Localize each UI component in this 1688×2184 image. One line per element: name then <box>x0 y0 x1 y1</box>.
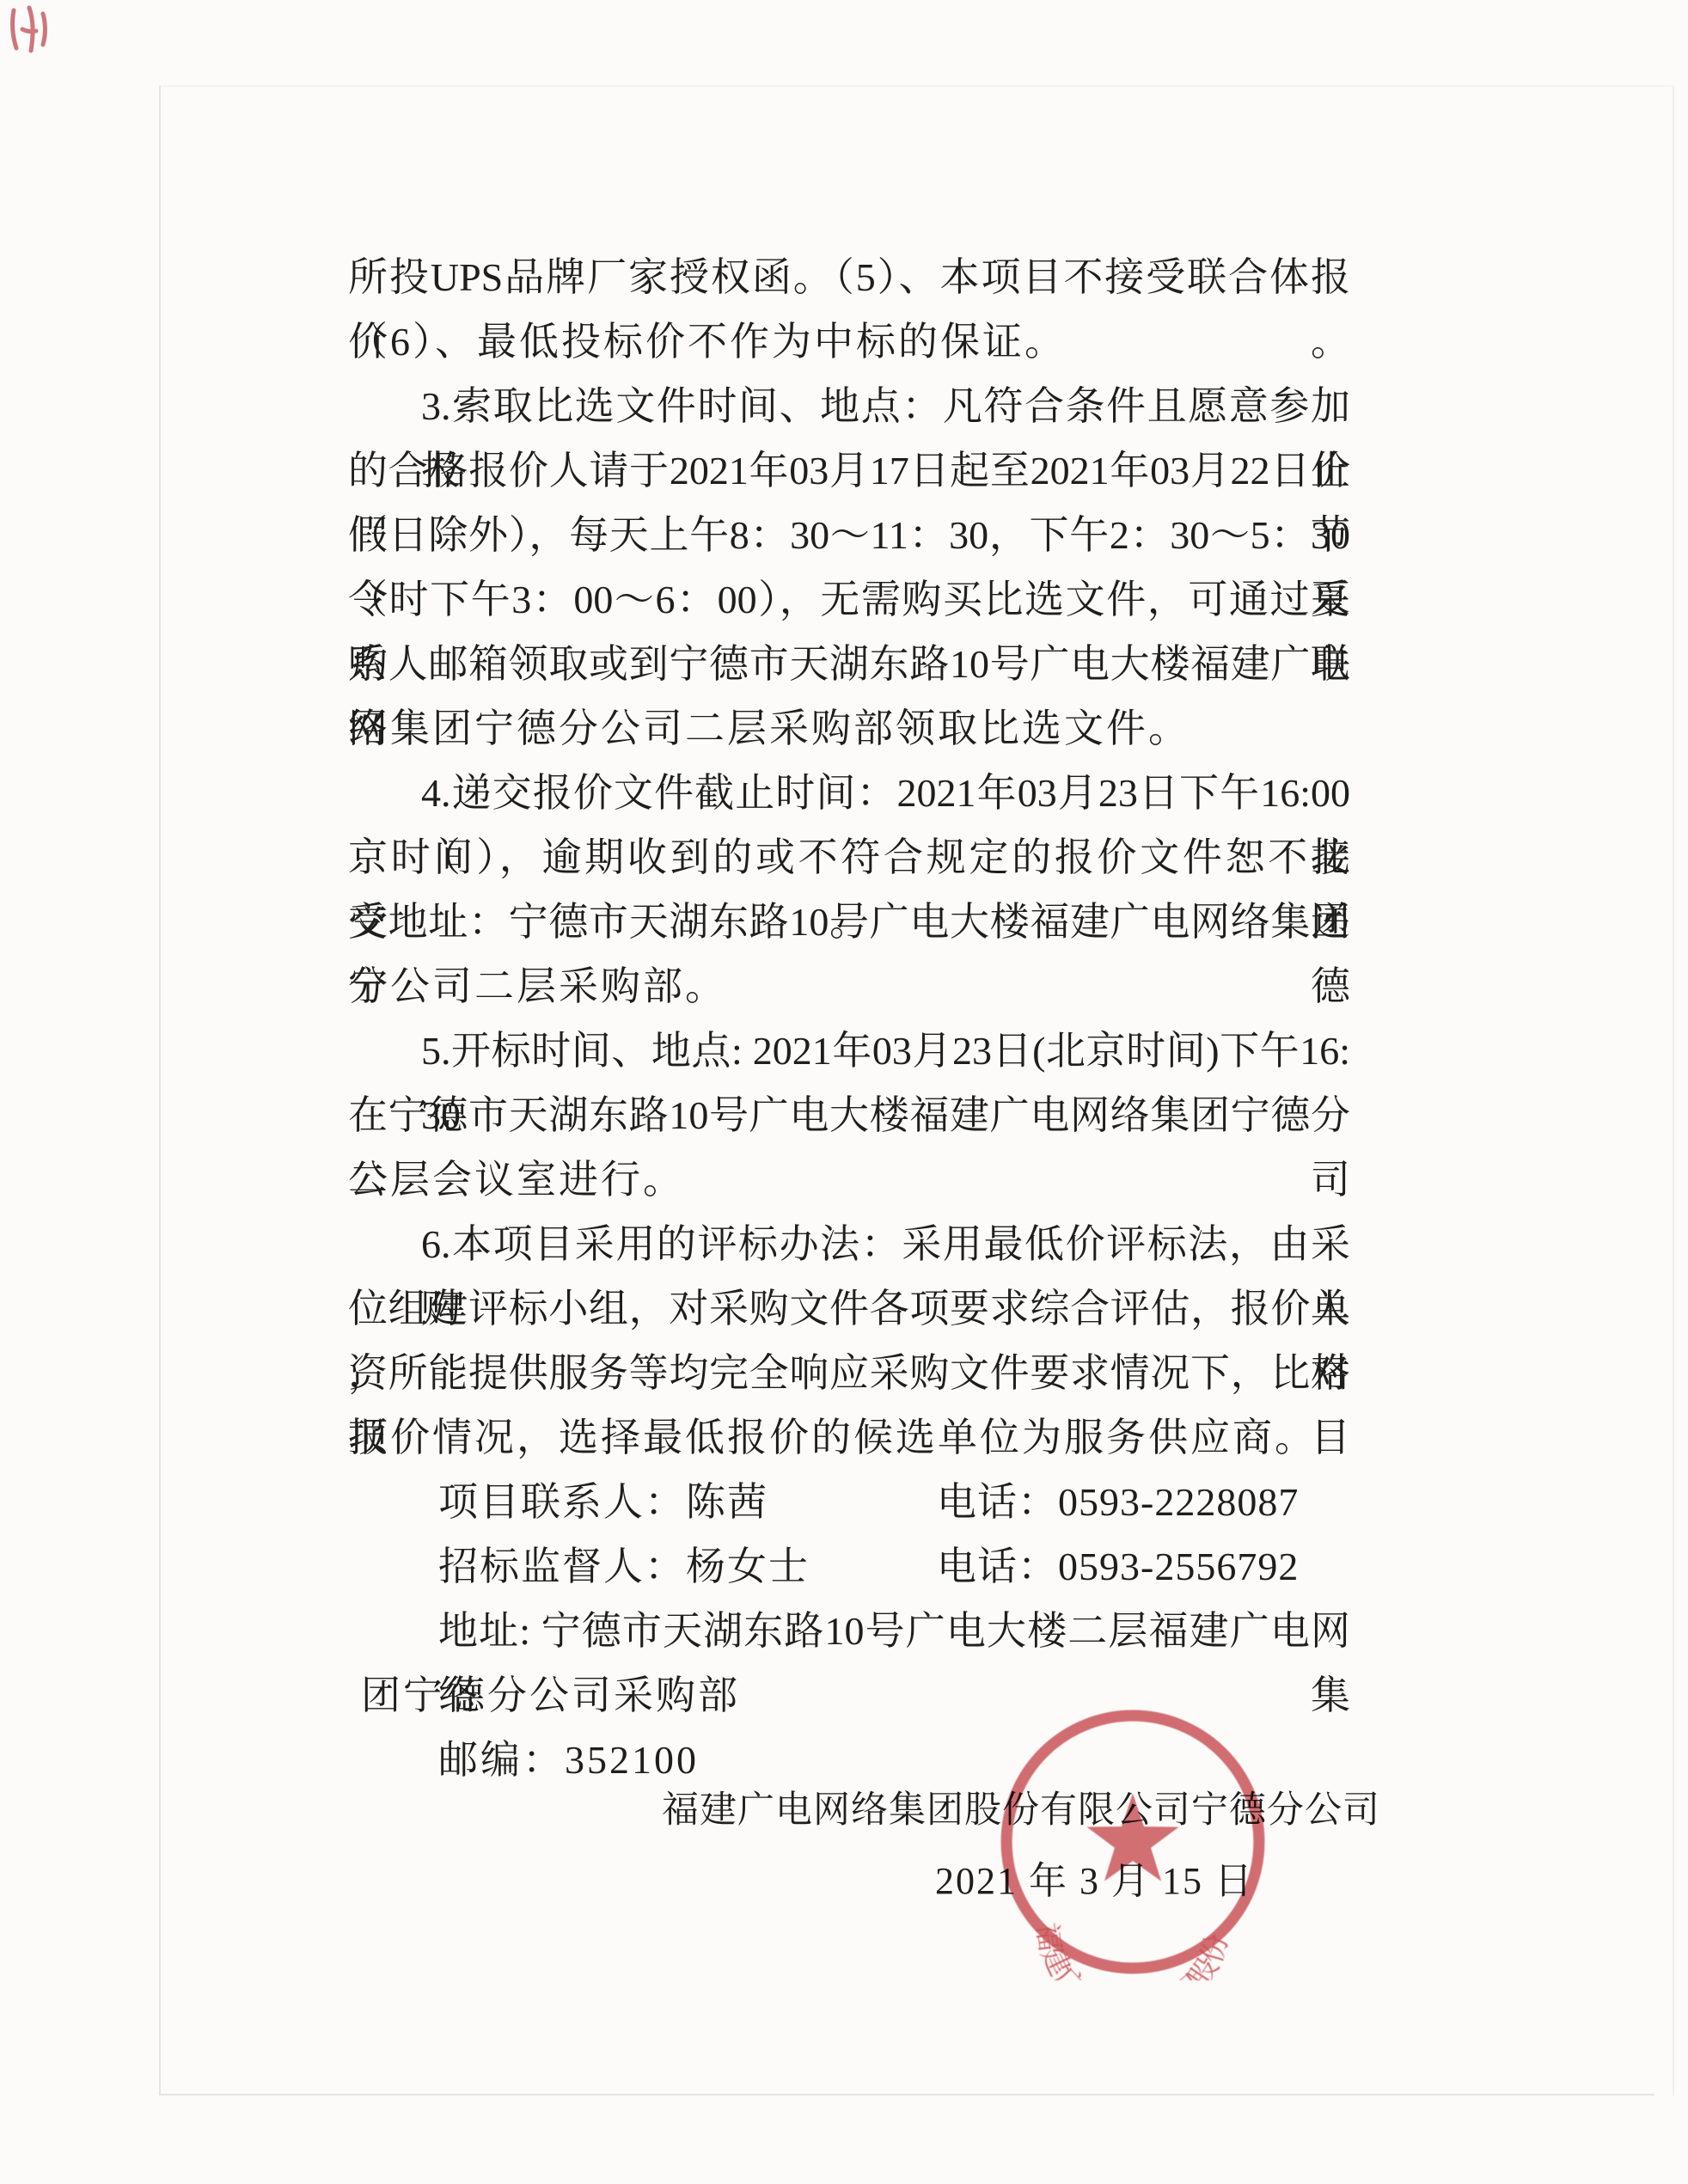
body-line: 令时下午3：00～6：00），无需购买比选文件，可通过采购联 <box>348 567 1350 632</box>
page-edge-line-right <box>1673 85 1674 2095</box>
contact-row: 项目联系人：陈茜 电话：0593-2228087 <box>348 1470 1350 1534</box>
supervisor-phone: 电话：0593-2556792 <box>937 1534 1299 1599</box>
body-line: 3.索取比选文件时间、地点：凡符合条件且愿意参加报价 <box>348 374 1350 438</box>
contact-person-label: 项目联系人：陈茜 <box>438 1470 768 1534</box>
scanned-document-page: 所投UPS品牌厂家授权函。（5）、本项目不接受联合体报价。 （6）、最低投标价不… <box>0 0 1688 2184</box>
document-body: 所投UPS品牌厂家授权函。（5）、本项目不接受联合体报价。 （6）、最低投标价不… <box>348 245 1350 1792</box>
page-edge-line-top <box>159 85 1672 87</box>
contact-phone: 电话：0593-2228087 <box>937 1470 1299 1534</box>
body-line: 在宁德市天湖东路10号广电大楼福建广电网络集团宁德分公司 <box>348 1083 1350 1147</box>
address-line: 地址: 宁德市天湖东路10号广电大楼二层福建广电网络集 <box>348 1599 1350 1663</box>
body-line: 报价情况，选择最低报价的候选单位为服务供应商。 <box>348 1405 1350 1470</box>
body-line: 位组建评标小组，对采购文件各项要求综合评估，报价人资格 <box>348 1276 1350 1341</box>
body-line: 6.本项目采用的评标办法：采用最低价评标法，由采购单 <box>348 1212 1350 1276</box>
page-edge-line-left <box>159 86 161 2095</box>
body-line: 5.开标时间、地点: 2021年03月23日(北京时间)下午16: 30 <box>348 1019 1350 1083</box>
corner-ink-marks <box>5 3 57 67</box>
body-line: 交地址：宁德市天湖东路10号广电大楼福建广电网络集团宁德 <box>348 890 1350 954</box>
body-line: 络集团宁德分公司二层采购部领取比选文件。 <box>348 696 1350 761</box>
body-line: 假日除外），每天上午8：30～11：30，下午2：30～5：30（夏 <box>348 503 1350 567</box>
body-line: 京时间），逾期收到的或不符合规定的报价文件恕不接受。递 <box>348 825 1350 890</box>
body-line: 4.递交报价文件截止时间：2021年03月23日下午16:00（北 <box>348 761 1350 825</box>
body-line: ，所能提供服务等均完全响应采购文件要求情况下，比对项目 <box>348 1341 1350 1405</box>
seal-star-icon <box>1086 1794 1178 1881</box>
supervisor-label: 招标监督人：杨女士 <box>438 1534 810 1599</box>
page-edge-line-bottom <box>159 2094 1654 2095</box>
contact-row: 招标监督人：杨女士 电话：0593-2556792 <box>348 1534 1350 1599</box>
official-seal: 福建广电网络集团股份有限公司宁德分公司 <box>994 1704 1271 1980</box>
body-line: 的合格报价人请于2021年03月17日起至2021年03月22日止（节 <box>348 438 1350 503</box>
body-line: 系人邮箱领取或到宁德市天湖东路10号广电大楼福建广电网 <box>348 632 1350 696</box>
body-line: 所投UPS品牌厂家授权函。（5）、本项目不接受联合体报价。 <box>348 245 1350 309</box>
